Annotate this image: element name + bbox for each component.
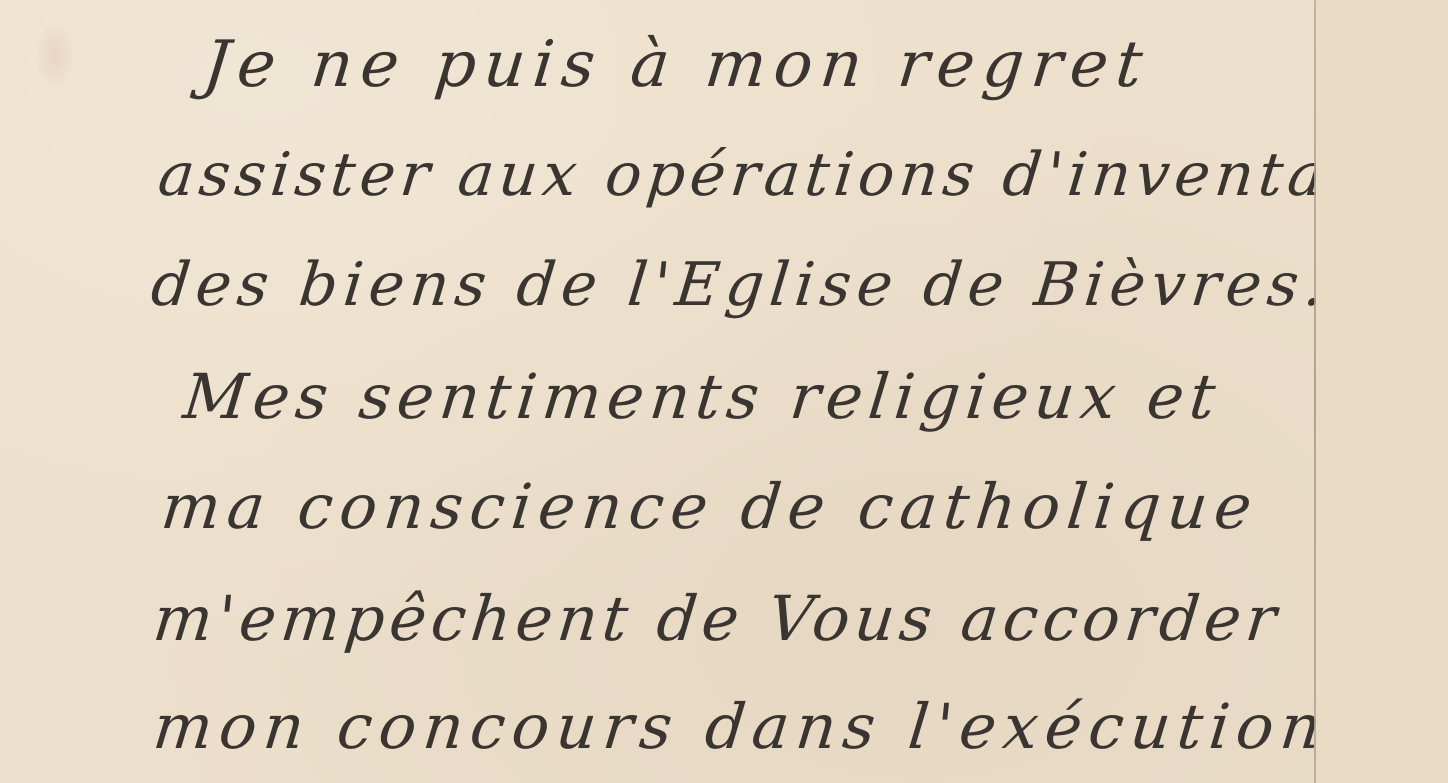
letter-line-3: des biens de l'Eglise de Bièvres. [148,250,1333,320]
adjacent-page-margin [1316,0,1448,783]
letter-line-6: m'empêchent de Vous accorder [150,582,1285,655]
letter-line-7: mon concours dans l'exécution [150,690,1332,763]
letter-line-5: ma conscience de catholique [158,470,1262,543]
letter-line-2: assister aux opérations d'inventaire [155,140,1431,210]
letter-line-1: Je ne puis à mon regret [200,28,1154,102]
letter-line-4: Mes sentiments religieux et [180,360,1225,433]
paper-page: Je ne puis à mon regret assister aux opé… [0,0,1315,783]
paper-stain [35,20,75,90]
